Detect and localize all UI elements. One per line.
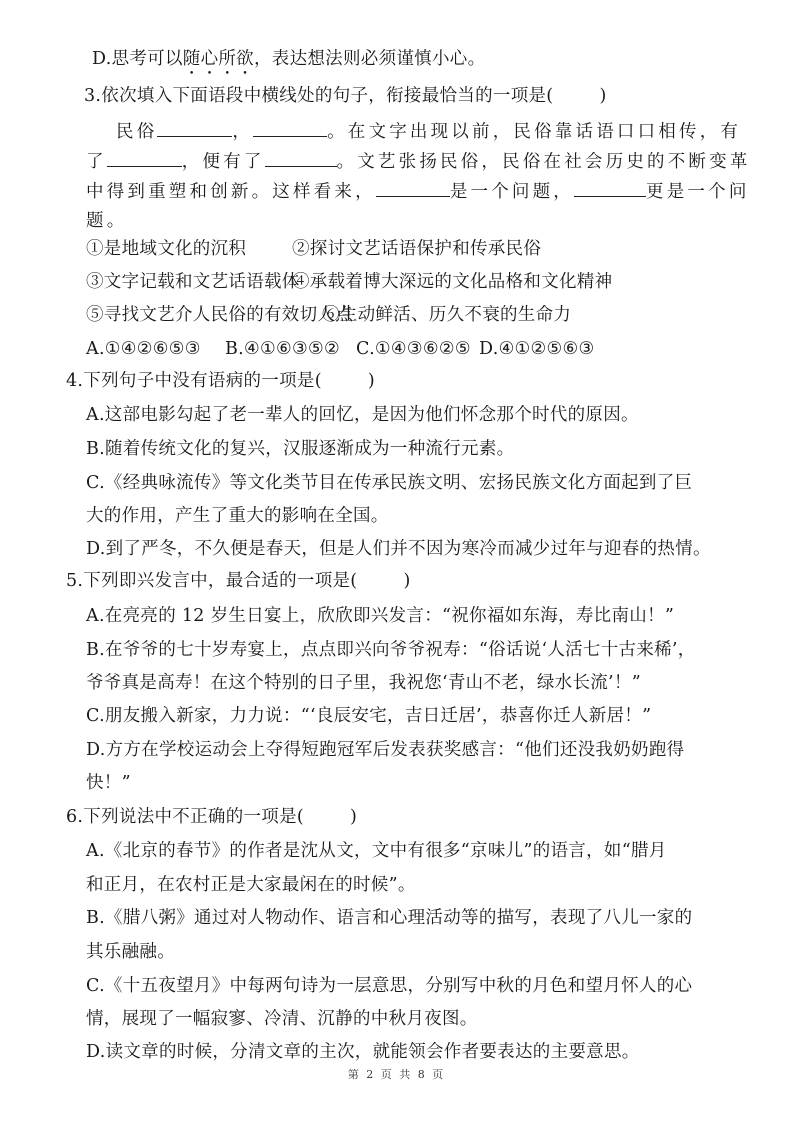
passage-text: 民俗 — [116, 122, 157, 142]
q6-option-b[interactable]: B.《腊八粥》通过对人物动作、语言和心理活动等的描写，表现了八儿一家的 — [86, 907, 692, 929]
q3-passage-line-1: 民俗，。在文字出现以前，民俗靠话语口口相传，有 — [116, 120, 741, 143]
passage-text: ， — [232, 122, 253, 142]
passage-text: 。在文字出现以前，民俗靠话语口口相传，有 — [327, 122, 741, 142]
q6-option-c-cont: 情，展现了一幅寂寥、冷清、沉静的中秋月夜图。 — [86, 1008, 478, 1030]
q4-option-d[interactable]: D.到了严冬，不久便是春天，但是人们并不因为寒冷而减少过年与迎春的热情。 — [86, 538, 711, 560]
q2-option-d: D.思考可以随心所欲，表达想法则必须谨慎小心。 — [92, 48, 485, 79]
question-text: 4.下列句子中没有语病的一项是( — [66, 371, 322, 391]
q5-option-c[interactable]: C.朋友搬入新家，力力说：“‘良辰安宅，吉日迁居’，恭喜你迁人新居！” — [86, 705, 651, 727]
passage-text: 。文艺张扬民俗，民俗在社会历史的不断变革 — [337, 152, 751, 172]
q3-option-c[interactable]: C.①④③⑥②⑤ — [356, 338, 471, 360]
q6-option-b-cont: 其乐融融。 — [86, 941, 175, 963]
fill-blank-1[interactable] — [157, 120, 232, 137]
q4-option-b[interactable]: B.随着传统文化的复兴，汉服逐渐成为一种流行元素。 — [86, 438, 514, 460]
q3-item-3: ③文字记载和文艺话语载体 — [86, 271, 300, 293]
q5-option-d[interactable]: D.方方在学校运动会上夺得短跑冠军后发表获奖感言：“他们还没我奶奶跑得 — [86, 739, 684, 761]
question-4-stem: 4.下列句子中没有语病的一项是() — [66, 370, 375, 392]
q3-option-a[interactable]: A.①④②⑥⑤③ — [86, 338, 201, 360]
question-5-stem: 5.下列即兴发言中，最合适的一项是() — [66, 570, 411, 592]
question-text: 6.下列说法中不正确的一项是( — [66, 807, 304, 827]
option-text: D.思考可以 — [92, 49, 183, 69]
q5-option-b[interactable]: B.在爷爷的七十岁寿宴上，点点即兴向爷爷祝寿：“俗话说‘人活七十古来稀’， — [86, 639, 696, 661]
option-text: ，表达想法则必须谨慎小心。 — [254, 49, 485, 69]
fill-blank-6[interactable] — [574, 180, 646, 197]
q4-option-a[interactable]: A.这部电影勾起了老一辈人的回忆，是因为他们怀念那个时代的原因。 — [86, 404, 639, 426]
passage-text: 更是一个问 — [646, 182, 750, 202]
paren-close: ) — [368, 371, 375, 391]
q3-item-6: ⑥生动鲜活、历久不衰的生命力 — [322, 304, 571, 326]
q6-option-c[interactable]: C.《十五夜望月》中每两句诗为一层意思，分别写中秋的月色和望月怀人的心 — [86, 975, 692, 997]
q4-option-c[interactable]: C.《经典咏流传》等文化类节目在传承民族文明、宏扬民族文化方面起到了巨 — [86, 472, 692, 494]
passage-text: ，便有了 — [182, 152, 265, 172]
paren-close: ) — [599, 86, 606, 106]
fill-blank-2[interactable] — [253, 120, 327, 137]
fill-blank-5[interactable] — [376, 180, 450, 197]
q3-item-1: ①是地域文化的沉积 — [86, 238, 246, 260]
question-6-stem: 6.下列说法中不正确的一项是() — [66, 806, 357, 828]
question-text: 3.依次填入下面语段中横线处的句子，衔接最恰当的一项是( — [84, 86, 553, 106]
passage-text: 是一个问题， — [450, 182, 574, 202]
q4-option-c-cont: 大的作用，产生了重大的影响在全国。 — [86, 505, 389, 527]
question-text: 5.下列即兴发言中，最合适的一项是( — [66, 571, 357, 591]
passage-text: 中得到重塑和创新。这样看来， — [86, 182, 376, 202]
q5-option-b-cont: 爷爷真是高寿！在这个特别的日子里，我祝您‘青山不老，绿水长流’！” — [86, 672, 641, 694]
page-number: 第 2 页 共 8 页 — [0, 1066, 793, 1082]
paren-close: ) — [350, 807, 357, 827]
q3-passage-line-3: 中得到重塑和创新。这样看来，是一个问题，更是一个问 — [86, 180, 750, 203]
paren-close: ) — [403, 571, 410, 591]
q5-option-d-cont: 快！” — [86, 772, 131, 794]
fill-blank-3[interactable] — [107, 150, 182, 167]
q3-option-d[interactable]: D.④①②⑤⑥③ — [479, 338, 595, 360]
q3-passage-line-4: 题。 — [86, 210, 127, 232]
emphasized-text: 随心所欲 — [183, 49, 254, 69]
q6-option-a-cont: 和正月，在农村正是大家最闲在的时候”。 — [86, 874, 416, 896]
q5-option-a[interactable]: A.在亮亮的 12 岁生日宴上，欣欣即兴发言：“祝你福如东海，寿比南山！” — [86, 605, 674, 627]
q3-option-b[interactable]: B.④①⑥③⑤② — [225, 338, 340, 360]
q3-item-5: ⑤寻找文艺介人民俗的有效切人点 — [86, 304, 353, 326]
q3-item-2: ②探讨文艺话语保护和传承民俗 — [292, 238, 541, 260]
q3-item-4: ④承载着博大深远的文化品格和文化精神 — [292, 271, 612, 293]
question-3-stem: 3.依次填入下面语段中横线处的句子，衔接最恰当的一项是() — [84, 85, 607, 107]
q6-option-a[interactable]: A.《北京的春节》的作者是沈从文，文中有很多“京味儿”的语言，如“腊月 — [86, 840, 667, 862]
passage-text: 了 — [86, 152, 107, 172]
q6-option-d[interactable]: D.读文章的时候，分清文章的主次，就能领会作者要表达的主要意思。 — [86, 1041, 640, 1063]
q3-passage-line-2: 了，便有了。文艺张扬民俗，民俗在社会历史的不断变革 — [86, 150, 751, 173]
fill-blank-4[interactable] — [265, 150, 337, 167]
